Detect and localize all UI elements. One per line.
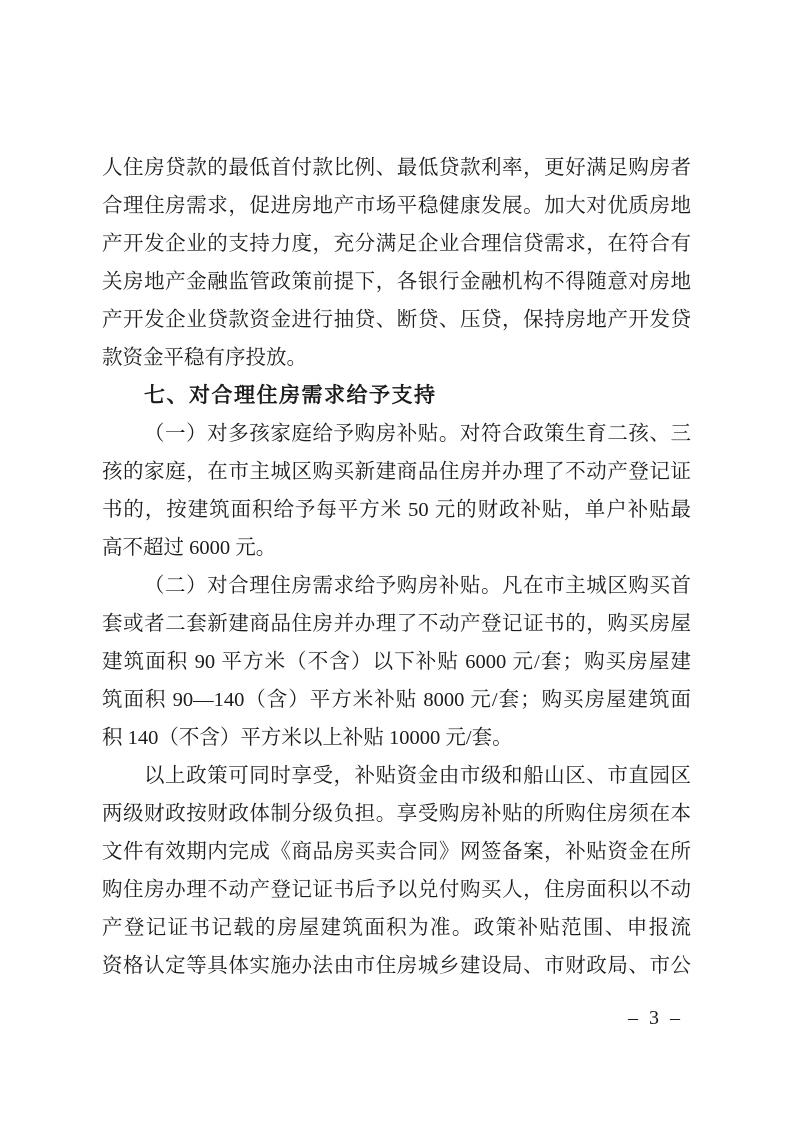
text-line: 产登记证书记载的房屋建筑面积为准。政策补贴范围、申报流程、 xyxy=(102,909,691,947)
text-line: 产开发企业贷款资金进行抽贷、断贷、压贷，保持房地产开发贷 xyxy=(102,301,691,339)
text-line: 积 140（不含）平方米以上补贴 10000 元/套。 xyxy=(102,719,691,757)
text-line: 高不超过 6000 元。 xyxy=(102,529,691,567)
text-line: 合理住房需求，促进房地产市场平稳健康发展。加大对优质房地 xyxy=(102,187,691,225)
text-line: （一）对多孩家庭给予购房补贴。对符合政策生育二孩、三 xyxy=(102,415,691,453)
text-line: 筑面积 90—140（含）平方米补贴 8000 元/套；购买房屋建筑面 xyxy=(102,681,691,719)
document-body: 人住房贷款的最低首付款比例、最低贷款利率，更好满足购房者合理住房需求，促进房地产… xyxy=(102,149,691,985)
text-line: 书的，按建筑面积给予每平方米 50 元的财政补贴，单户补贴最 xyxy=(102,491,691,529)
section-heading: 七、对合理住房需求给予支持 xyxy=(102,377,691,415)
text-line: 人住房贷款的最低首付款比例、最低贷款利率，更好满足购房者 xyxy=(102,149,691,187)
text-line: 孩的家庭，在市主城区购买新建商品住房并办理了不动产登记证 xyxy=(102,453,691,491)
text-line: 套或者二套新建商品住房并办理了不动产登记证书的，购买房屋 xyxy=(102,605,691,643)
text-line: 文件有效期内完成《商品房买卖合同》网签备案，补贴资金在所 xyxy=(102,833,691,871)
text-line: 款资金平稳有序投放。 xyxy=(102,339,691,377)
text-line: 产开发企业的支持力度，充分满足企业合理信贷需求，在符合有 xyxy=(102,225,691,263)
page-number: – 3 – xyxy=(628,1007,683,1030)
text-line: 关房地产金融监管政策前提下，各银行金融机构不得随意对房地 xyxy=(102,263,691,301)
text-line: 购住房办理不动产登记证书后予以兑付购买人，住房面积以不动 xyxy=(102,871,691,909)
text-line: 以上政策可同时享受，补贴资金由市级和船山区、市直园区 xyxy=(102,757,691,795)
document-page: 人住房贷款的最低首付款比例、最低贷款利率，更好满足购房者合理住房需求，促进房地产… xyxy=(0,0,793,1122)
text-line: 建筑面积 90 平方米（不含）以下补贴 6000 元/套；购买房屋建 xyxy=(102,643,691,681)
text-line: （二）对合理住房需求给予购房补贴。凡在市主城区购买首 xyxy=(102,567,691,605)
text-line: 两级财政按财政体制分级负担。享受购房补贴的所购住房须在本 xyxy=(102,795,691,833)
text-line: 资格认定等具体实施办法由市住房城乡建设局、市财政局、市公 xyxy=(102,947,691,985)
